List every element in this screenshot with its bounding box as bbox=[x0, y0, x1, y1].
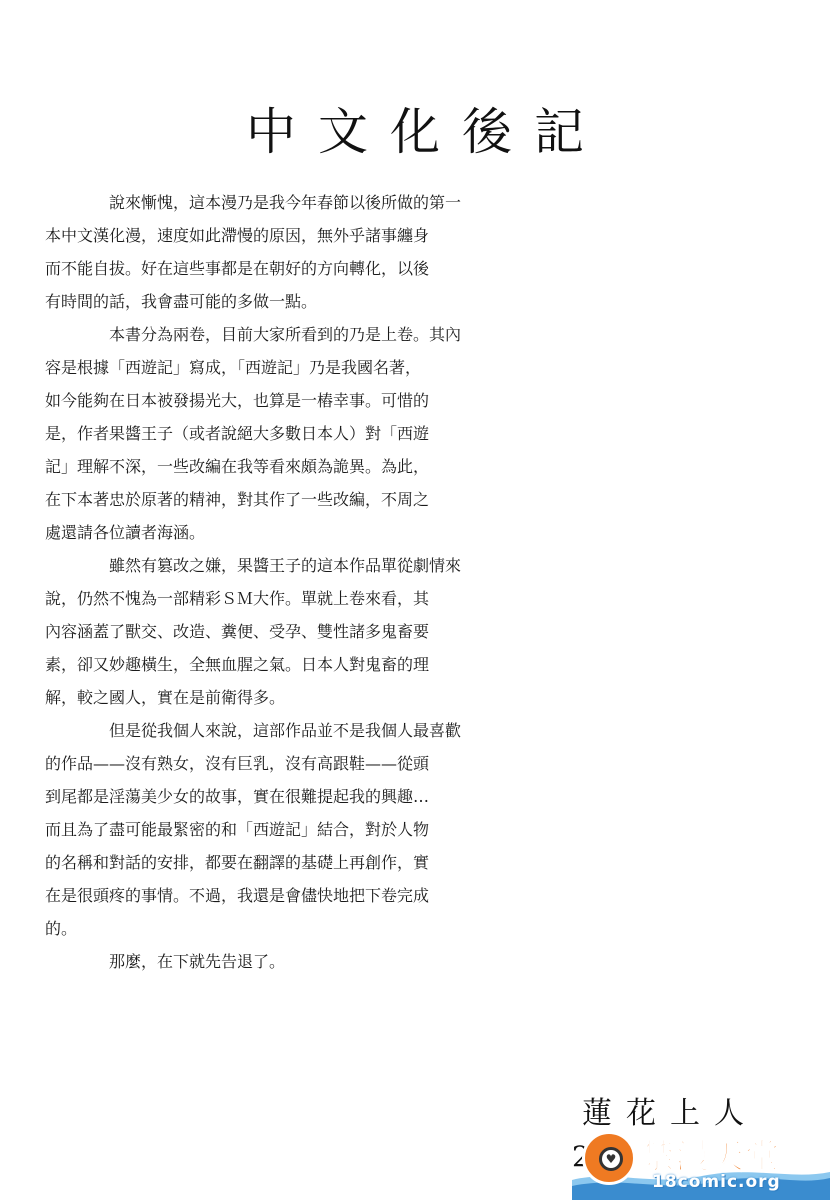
paragraph-4: 但是從我個人來說，這部作品並不是我個人最喜歡 的作品——沒有熟女，沒有巨乳，沒有… bbox=[45, 718, 815, 949]
paragraph-1: 說來慚愧，這本漫乃是我今年春節以後所做的第一 本中文漢化漫，速度如此滯慢的原因，… bbox=[45, 190, 815, 322]
text-line: 處還請各位讀者海涵。 bbox=[45, 520, 815, 553]
text-line: 說，仍然不愧為一部精彩ＳＭ大作。單就上卷來看，其 bbox=[45, 586, 815, 619]
text-line: 但是從我個人來說，這部作品並不是我個人最喜歡 bbox=[45, 718, 815, 751]
text-line: 本書分為兩卷，目前大家所看到的乃是上卷。其內 bbox=[45, 322, 815, 355]
text-line: 有時間的話，我會盡可能的多做一點。 bbox=[45, 289, 815, 322]
text-line: 是，作者果醬王子（或者說絕大多數日本人）對「西遊 bbox=[45, 421, 815, 454]
text-line: 的作品——沒有熟女，沒有巨乳，沒有高跟鞋——從頭 bbox=[45, 751, 815, 784]
paragraph-5: 那麼，在下就先告退了。 bbox=[45, 949, 815, 982]
afterword-body: 說來慚愧，這本漫乃是我今年春節以後所做的第一 本中文漢化漫，速度如此滯慢的原因，… bbox=[45, 190, 815, 982]
text-line: 而不能自拔。好在這些事都是在朝好的方向轉化，以後 bbox=[45, 256, 815, 289]
text-line: 容是根據「西遊記」寫成，「西遊記」乃是我國名著， bbox=[45, 355, 815, 388]
text-line: 說來慚愧，這本漫乃是我今年春節以後所做的第一 bbox=[45, 190, 815, 223]
text-line: 如今能夠在日本被發揚光大，也算是一樁幸事。可惜的 bbox=[45, 388, 815, 421]
paragraph-3: 雖然有篡改之嫌，果醬王子的這本作品單從劇情來 說，仍然不愧為一部精彩ＳＭ大作。單… bbox=[45, 553, 815, 718]
page-title: 中文化後記 bbox=[0, 92, 830, 164]
text-line: 記」理解不深，一些改編在我等看來頗為詭異。為此， bbox=[45, 454, 815, 487]
heart-icon: ♥ bbox=[599, 1147, 623, 1171]
paragraph-2: 本書分為兩卷，目前大家所看到的乃是上卷。其內 容是根據「西遊記」寫成，「西遊記」… bbox=[45, 322, 815, 553]
watermark-title: 禁漫天堂 bbox=[640, 1129, 780, 1178]
text-line: 內容涵蓋了獸交、改造、糞便、受孕、雙性諸多鬼畜要 bbox=[45, 619, 815, 652]
text-line: 在是很頭疼的事情。不過，我還是會儘快地把下卷完成 bbox=[45, 883, 815, 916]
text-line: 解，較之國人，實在是前衛得多。 bbox=[45, 685, 815, 718]
text-line: 雖然有篡改之嫌，果醬王子的這本作品單從劇情來 bbox=[45, 553, 815, 586]
text-line: 本中文漢化漫，速度如此滯慢的原因，無外乎諸事纏身 bbox=[45, 223, 815, 256]
text-line: 的。 bbox=[45, 916, 815, 949]
text-line: 而且為了盡可能最緊密的和「西遊記」結合，對於人物 bbox=[45, 817, 815, 850]
text-line: 在下本著忠於原著的精神，對其作了一些改編，不周之 bbox=[45, 487, 815, 520]
watermark-url: 18comic.org bbox=[652, 1172, 781, 1192]
whale-mascot-icon: ♥ bbox=[582, 1131, 636, 1185]
text-line: 到尾都是淫蕩美少女的故事，實在很難提起我的興趣… bbox=[45, 784, 815, 817]
text-line: 素，卻又妙趣橫生，全無血腥之氣。日本人對鬼畜的理 bbox=[45, 652, 815, 685]
text-line: 那麼，在下就先告退了。 bbox=[45, 949, 815, 982]
text-line: 的名稱和對話的安排，都要在翻譯的基礎上再創作，實 bbox=[45, 850, 815, 883]
site-watermark: ♥ 禁漫天堂 18comic.org bbox=[572, 1125, 830, 1200]
